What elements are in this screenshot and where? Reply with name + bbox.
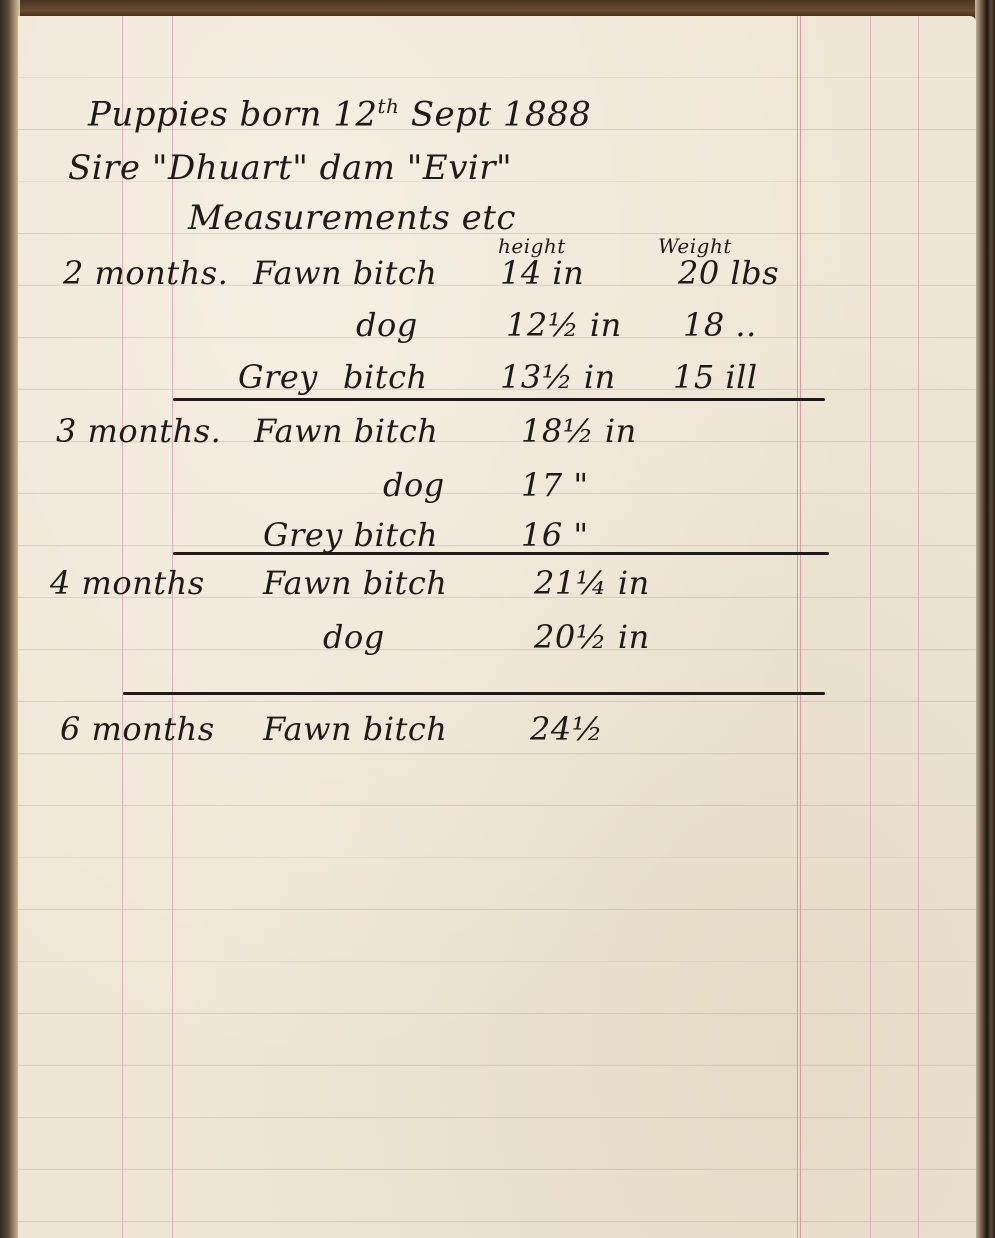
margin-line-right-double-b: [800, 16, 801, 1238]
weight-value: 18 ..: [683, 306, 757, 344]
height-value: 14 in: [500, 254, 584, 292]
pup-name: dog: [356, 306, 418, 344]
pup-name: Fawn bitch: [263, 564, 447, 602]
age-label-6-months: 6 months: [60, 710, 215, 748]
margin-line-right-double-a: [797, 16, 798, 1238]
pup-color: Grey: [238, 358, 318, 396]
weight-value: 15 ill: [673, 358, 758, 396]
age-label-2-months: 2 months.: [63, 254, 228, 292]
column-line-2: [918, 16, 919, 1238]
title-date: Sept 1888: [411, 94, 592, 134]
height-value: 18½ in: [521, 412, 637, 450]
pup-name: dog: [323, 618, 385, 656]
pup-name: Grey bitch: [263, 516, 438, 554]
book-binding-left: [0, 0, 20, 1238]
height-value: 24½: [530, 710, 603, 748]
height-value: 21¼ in: [534, 564, 650, 602]
age-label-4-months: 4 months: [50, 564, 205, 602]
title-prefix: Puppies born 12: [88, 94, 378, 134]
pup-name: Fawn bitch: [253, 254, 437, 292]
margin-line-left-outer: [122, 16, 123, 1238]
title-superscript: th: [378, 94, 400, 118]
subtitle-measurements: Measurements etc: [188, 198, 516, 238]
pup-name: Fawn bitch: [263, 710, 447, 748]
section-divider: [173, 398, 825, 401]
weight-value: 20 lbs: [678, 254, 779, 292]
title-line-parents: Sire "Dhuart" dam "Evir": [68, 148, 512, 188]
height-value: 12½ in: [506, 306, 622, 344]
section-divider: [123, 692, 825, 695]
pup-name: Fawn bitch: [254, 412, 438, 450]
book-binding-right: [975, 0, 995, 1238]
column-line-1: [870, 16, 871, 1238]
pup-name: bitch: [343, 358, 428, 396]
margin-line-left-inner: [172, 16, 173, 1238]
pup-name: dog: [383, 466, 445, 504]
height-value: 16 ": [521, 516, 589, 554]
title-line-birth: Puppies born 12th Sept 1888: [88, 94, 591, 134]
ledger-page: Puppies born 12th Sept 1888 Sire "Dhuart…: [18, 16, 976, 1238]
height-value: 20½ in: [534, 618, 650, 656]
height-value: 17 ": [521, 466, 589, 504]
section-divider: [173, 552, 829, 555]
age-label-3-months: 3 months.: [56, 412, 221, 450]
height-value: 13½ in: [500, 358, 616, 396]
